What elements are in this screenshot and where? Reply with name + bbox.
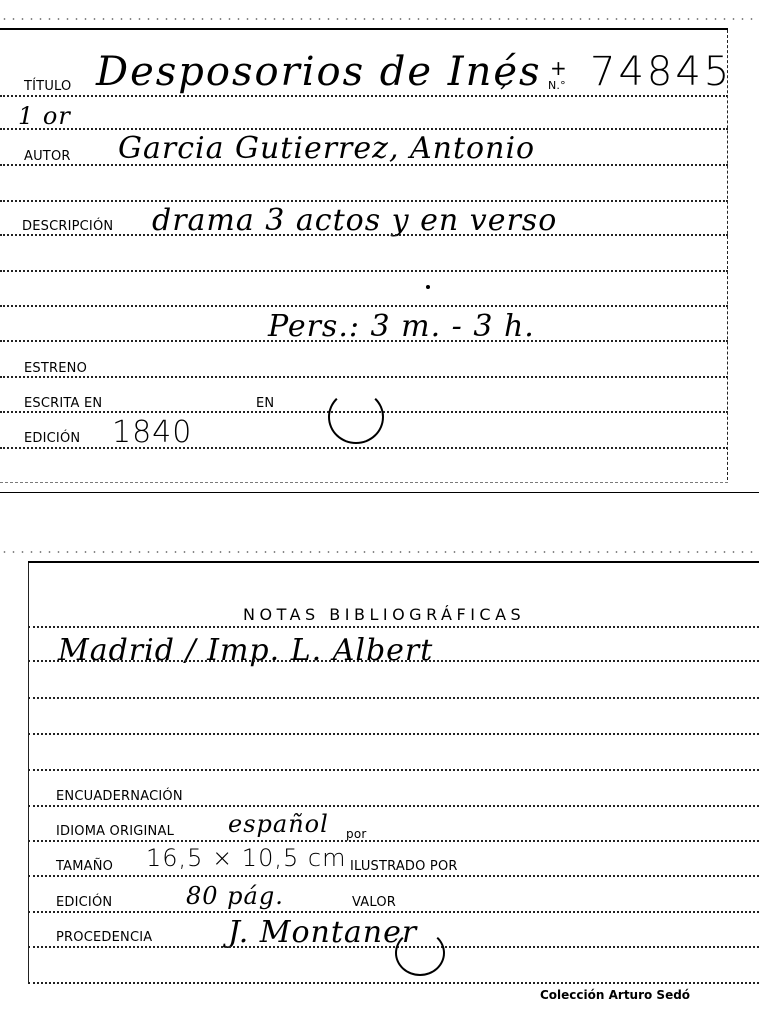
scan-edge-speckle-2: [0, 550, 759, 554]
descripcion-line: [0, 234, 728, 236]
titulo-label: TÍTULO: [24, 80, 71, 93]
descripcion-label: DESCRIPCIÓN: [22, 220, 113, 233]
heading-line: [28, 626, 759, 628]
card-top-border-2: [28, 561, 759, 563]
scan-separator: [0, 492, 759, 493]
edicion-line: [0, 447, 728, 449]
procedencia-line: [28, 946, 759, 948]
estreno-label: ESTRENO: [24, 362, 87, 375]
estreno-line: [0, 376, 728, 378]
valor-label: VALOR: [352, 896, 396, 909]
tamano-line: [28, 875, 759, 877]
blank-line-6: [28, 769, 759, 771]
escrita-en-label: ESCRITA EN: [24, 397, 102, 410]
procedencia-value: J. Montaner: [228, 918, 417, 948]
personajes-value: Pers.: 3 m. - 3 h.: [268, 312, 535, 342]
idioma-value: español: [228, 812, 329, 836]
titulo-value: Desposorios de Inés: [96, 52, 542, 92]
cross-icon: +: [550, 58, 567, 78]
ilustrado-por-label: ILUSTRADO POR: [350, 860, 458, 873]
titulo-continuation: 1 or: [18, 104, 71, 128]
card-top-border: [0, 28, 728, 30]
descripcion-value: drama 3 actos y en verso: [152, 206, 557, 236]
blank-line-1: [0, 200, 728, 202]
blank-line-2: [0, 270, 728, 272]
catalog-number: 74845: [590, 52, 732, 92]
edicion-line-2: [28, 911, 759, 913]
edicion-label: EDICIÓN: [24, 432, 80, 445]
ink-dot: [426, 285, 430, 289]
notas-line: [28, 660, 759, 662]
autor-label: AUTOR: [24, 150, 71, 163]
idioma-line: [28, 840, 759, 842]
stamp-mark: [328, 390, 384, 444]
card-bottom-edge: [0, 482, 728, 483]
personajes-line: [0, 340, 728, 342]
procedencia-label: PROCEDENCIA: [56, 931, 152, 944]
autor-line: [0, 164, 728, 166]
idioma-label: IDIOMA ORIGINAL: [56, 825, 174, 838]
notas-heading: NOTAS BIBLIOGRÁFICAS: [243, 605, 525, 624]
stamp-mark-2: [395, 930, 445, 976]
final-line: [28, 982, 759, 984]
autor-value: Garcia Gutierrez, Antonio: [118, 134, 535, 164]
blank-line-5: [28, 733, 759, 735]
titulo-line-2: [0, 128, 728, 130]
tamano-value: 16,5 × 10,5 cm: [146, 846, 346, 870]
titulo-line: [0, 95, 728, 97]
encuadernacion-label: ENCUADERNACIÓN: [56, 790, 183, 803]
edicion-label-2: EDICIÓN: [56, 896, 112, 909]
encuadernacion-line: [28, 805, 759, 807]
blank-line-4: [28, 697, 759, 699]
collection-credit: Colección Arturo Sedó: [540, 988, 690, 1002]
number-prefix: N.°: [548, 80, 566, 91]
blank-line-3: [0, 305, 728, 307]
titulo-comma: ,: [500, 66, 509, 90]
tamano-label: TAMAÑO: [56, 860, 113, 873]
por-label: por: [346, 828, 367, 840]
scan-edge-speckle: [0, 17, 759, 21]
edicion-value: 1840: [112, 418, 192, 448]
edicion-value-2: 80 pág.: [186, 884, 284, 908]
en-label: EN: [256, 397, 274, 410]
